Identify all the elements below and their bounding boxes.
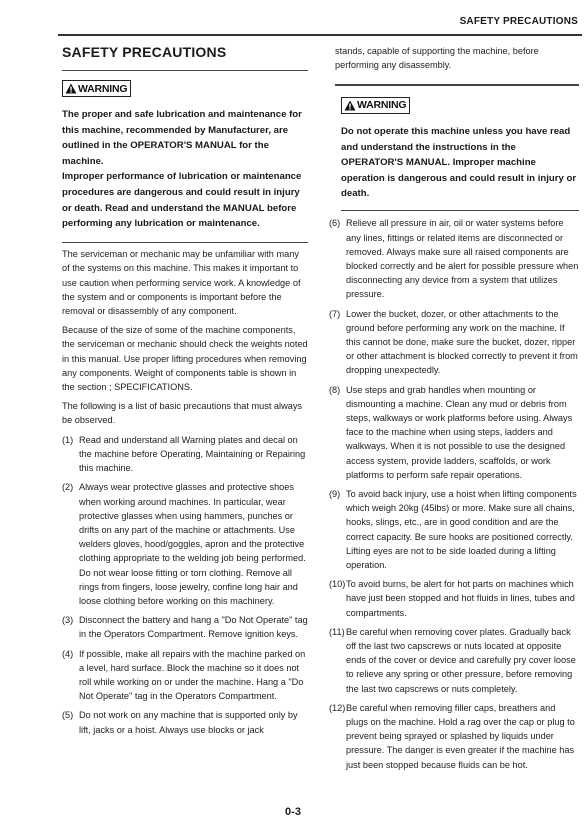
precaution-item-9: (9) To avoid back injury, use a hoist wh… <box>329 487 579 572</box>
item-number: (10) <box>329 577 346 620</box>
precaution-item-6: (6) Relieve all pressure in air, oil or … <box>329 216 579 301</box>
item-text: Be careful when removing cover plates. G… <box>346 625 579 696</box>
item-number: (12) <box>329 701 346 772</box>
divider <box>62 242 308 244</box>
warning-1-paragraph-1: The proper and safe lubrication and main… <box>62 107 308 169</box>
precaution-item-12: (12) Be careful when removing filler cap… <box>329 701 579 772</box>
precaution-item-7: (7) Lower the bucket, dozer, or other at… <box>329 307 579 378</box>
right-column: stands, capable of supporting the machin… <box>329 40 579 772</box>
item-number: (7) <box>329 307 342 378</box>
divider <box>335 84 579 86</box>
intro-paragraph-1: The serviceman or mechanic may be unfami… <box>62 247 308 318</box>
precaution-item-10: (10) To avoid burns, be alert for hot pa… <box>329 577 579 620</box>
precaution-item-4: (4) If possible, make all repairs with t… <box>62 647 308 704</box>
page-number: 0-3 <box>0 806 586 818</box>
section-title: SAFETY PRECAUTIONS <box>62 44 308 60</box>
warning-badge-wrap: WARNING <box>341 97 579 116</box>
intro-paragraph-3: The following is a list of basic precaut… <box>62 399 308 427</box>
item-number: (9) <box>329 487 342 572</box>
item-number: (5) <box>62 708 75 736</box>
item-number: (2) <box>62 480 75 608</box>
warning-triangle-icon <box>65 83 77 94</box>
item-number: (3) <box>62 613 75 641</box>
precaution-item-11: (11) Be careful when removing cover plat… <box>329 625 579 696</box>
item-number: (11) <box>329 625 346 696</box>
running-header: SAFETY PRECAUTIONS <box>460 16 578 27</box>
warning-badge-wrap: WARNING <box>62 80 308 99</box>
divider <box>341 210 579 212</box>
item-number: (4) <box>62 647 75 704</box>
precaution-item-8: (8) Use steps and grab handles when moun… <box>329 383 579 482</box>
intro-paragraph-2: Because of the size of some of the machi… <box>62 323 308 394</box>
item-text: Disconnect the battery and hang a "Do No… <box>75 613 308 641</box>
warning-text-2: Do not operate this machine unless you h… <box>329 124 579 202</box>
warning-triangle-icon <box>344 100 356 111</box>
item-text: Do not work on any machine that is suppo… <box>75 708 308 736</box>
item-number: (1) <box>62 433 75 476</box>
precaution-item-1: (1) Read and understand all Warning plat… <box>62 433 308 476</box>
precaution-item-3: (3) Disconnect the battery and hang a "D… <box>62 613 308 641</box>
item-text: Be careful when removing filler caps, br… <box>346 701 579 772</box>
warning-text-1: The proper and safe lubrication and main… <box>62 107 308 232</box>
warning-badge: WARNING <box>341 97 410 114</box>
header-rule <box>58 34 582 36</box>
divider <box>62 70 308 71</box>
left-column: SAFETY PRECAUTIONS WARNING The proper an… <box>62 40 308 737</box>
continuation-text: stands, capable of supporting the machin… <box>329 44 579 72</box>
item-text: Lower the bucket, dozer, or other attach… <box>342 307 579 378</box>
item-number: (6) <box>329 216 342 301</box>
item-text: To avoid back injury, use a hoist when l… <box>342 487 579 572</box>
item-text: If possible, make all repairs with the m… <box>75 647 308 704</box>
item-text: Always wear protective glasses and prote… <box>75 480 308 608</box>
item-text: Relieve all pressure in air, oil or wate… <box>342 216 579 301</box>
warning-1-paragraph-2: Improper performance of lubrication or m… <box>62 169 308 231</box>
precaution-item-5: (5) Do not work on any machine that is s… <box>62 708 308 736</box>
item-number: (8) <box>329 383 342 482</box>
warning-badge: WARNING <box>62 80 131 97</box>
warning-label: WARNING <box>357 99 406 111</box>
item-text: Read and understand all Warning plates a… <box>75 433 308 476</box>
warning-label: WARNING <box>78 83 127 95</box>
precaution-item-2: (2) Always wear protective glasses and p… <box>62 480 308 608</box>
item-text: To avoid burns, be alert for hot parts o… <box>346 577 579 620</box>
item-text: Use steps and grab handles when mounting… <box>342 383 579 482</box>
